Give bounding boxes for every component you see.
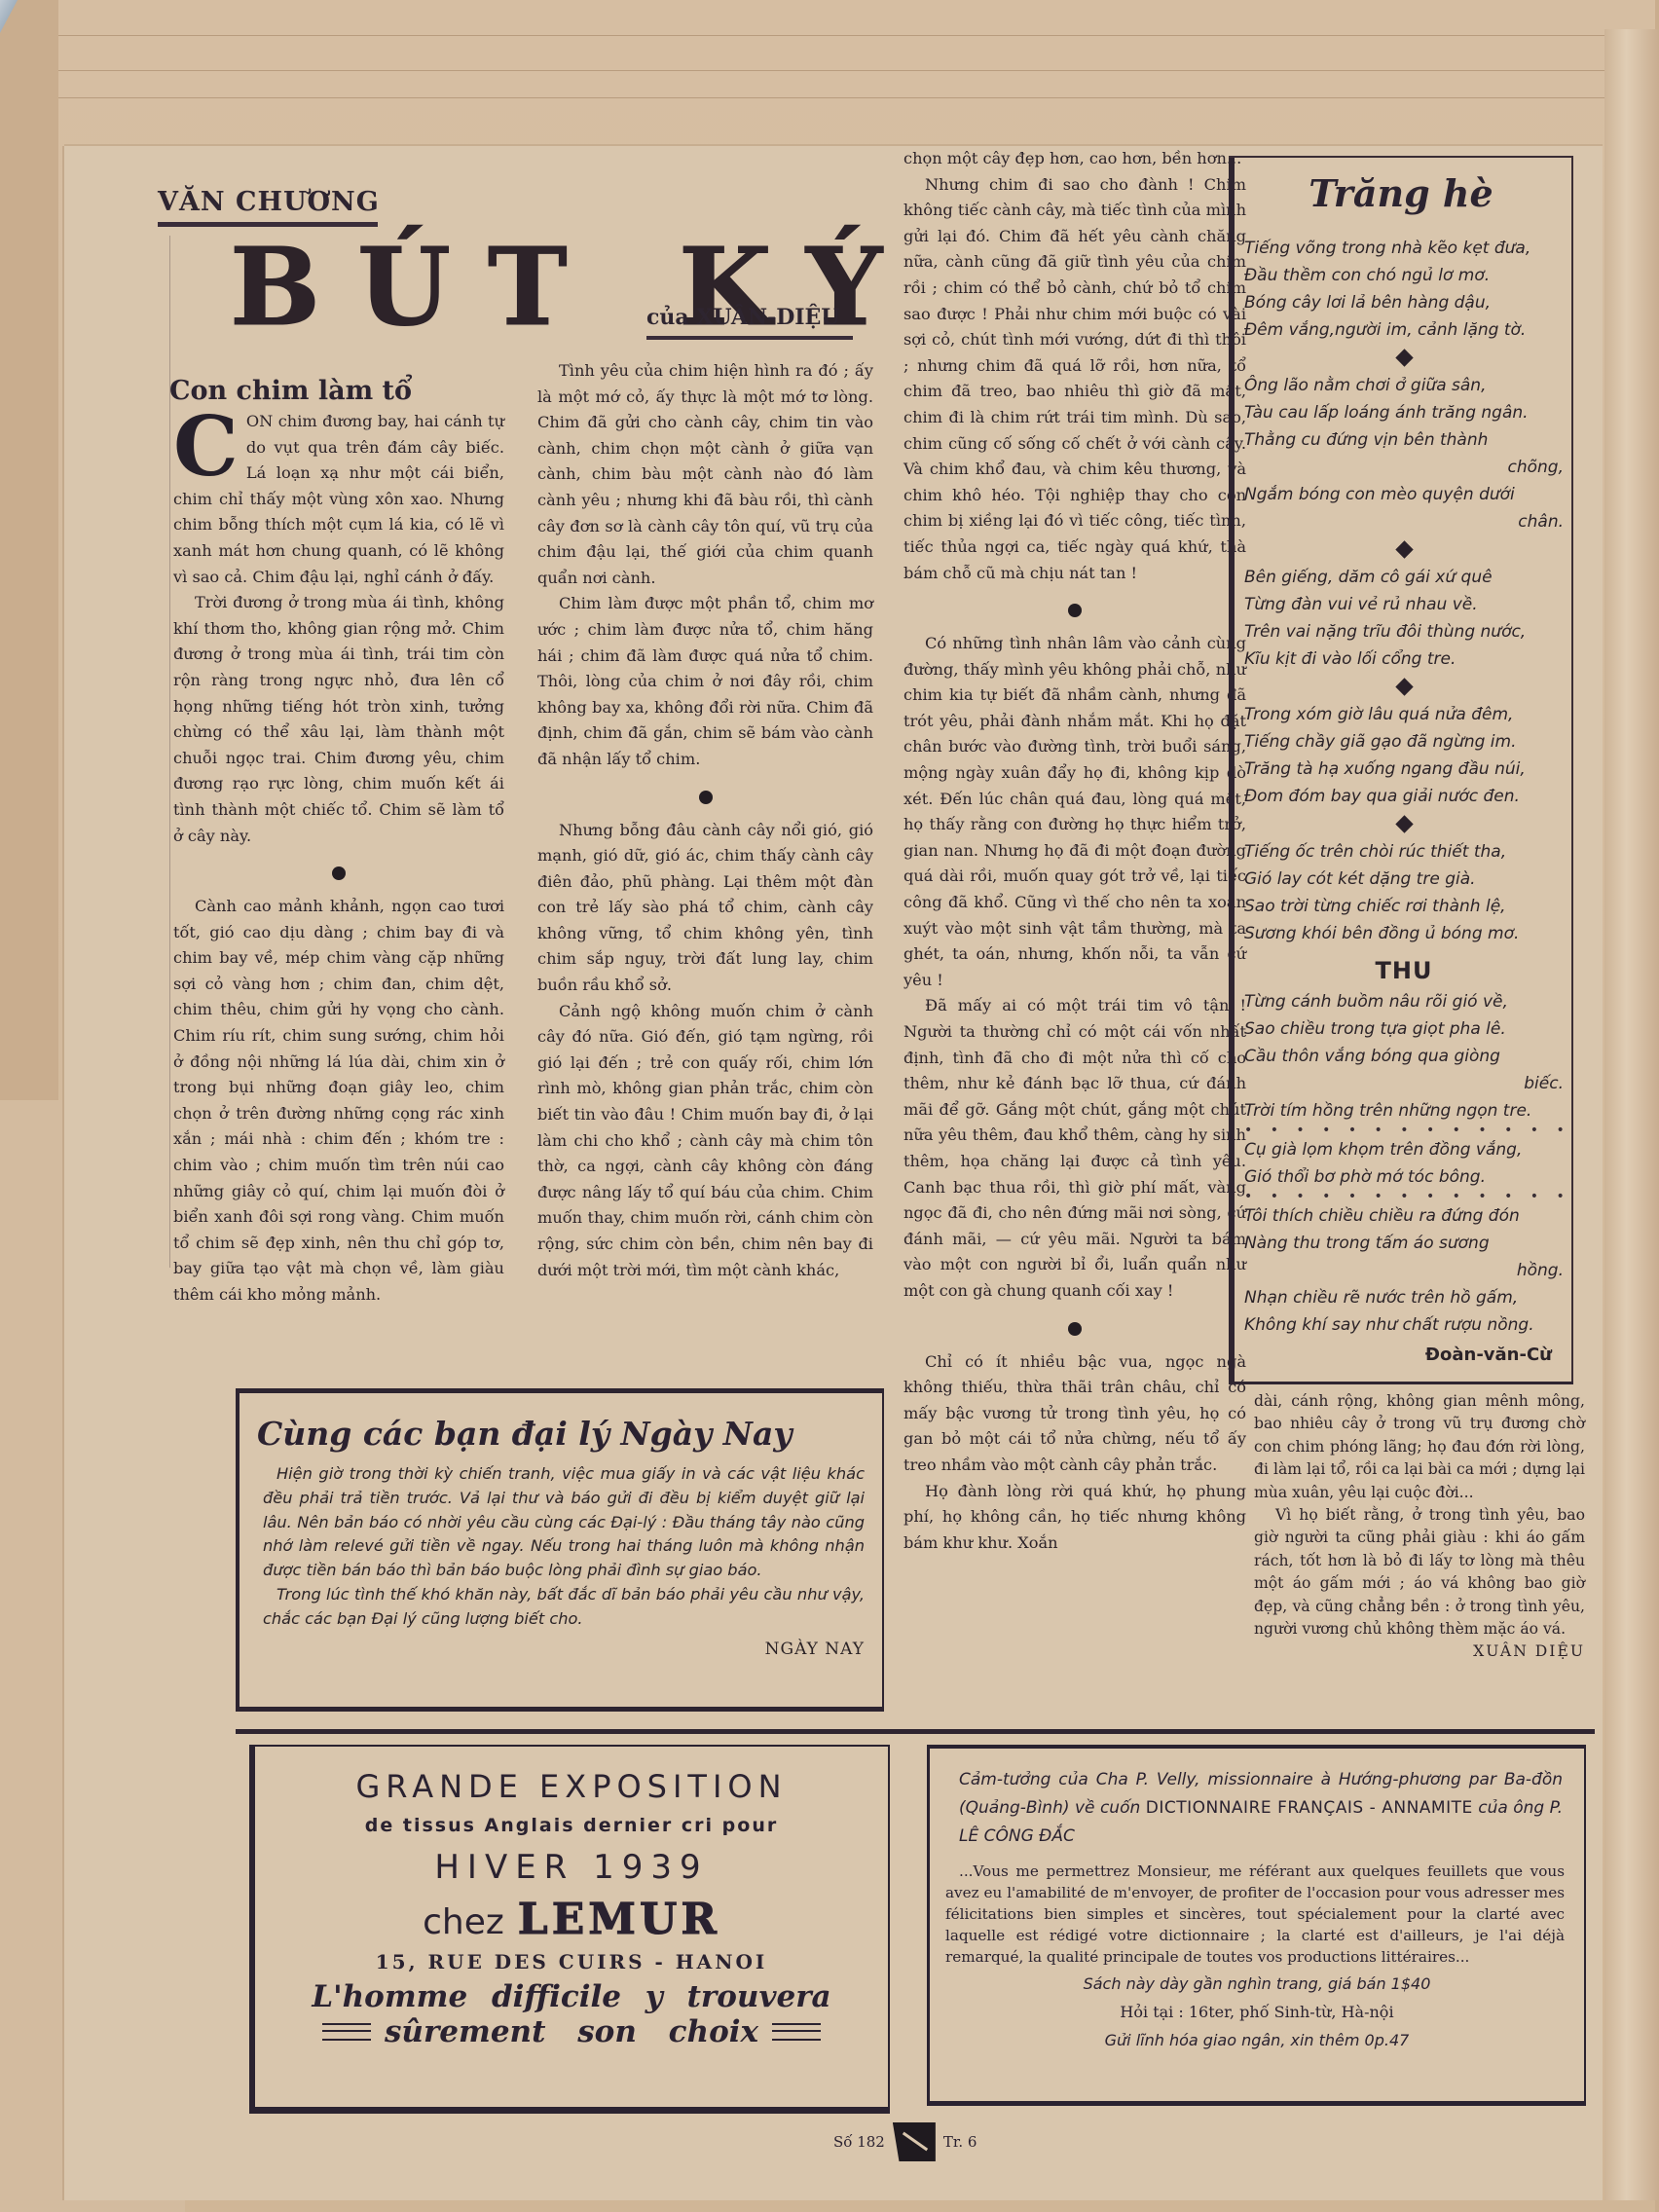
paragraph: Họ đành lòng rời quá khứ, họ phung phí, … (903, 1479, 1246, 1557)
paragraph: chọn một cây đẹp hơn, cao hơn, bền hơn..… (903, 146, 1246, 172)
dotted-separator: • • • • • • • • • • • • • • • • • • (1244, 1124, 1564, 1136)
paragraph: Trời đương ở trong mùa ái tình, không kh… (173, 590, 504, 849)
paragraph: Nhưng chim đi sao cho đành ! Chim không … (903, 172, 1246, 587)
ngay-nay-logo-icon (893, 2122, 936, 2161)
poem-stanza: Tôi thích chiều chiều ra đứng đón Nàng t… (1244, 1202, 1564, 1339)
section-bullet-icon (699, 791, 713, 804)
paragraph: Đã mấy ai có một trái tim vô tận ! Người… (903, 993, 1246, 1304)
page-edge-right (1604, 29, 1659, 2200)
poem-body: Tiếng võng trong nhà kẽo kẹt đưa, Đầu th… (1229, 235, 1573, 1365)
ad-slogan: L'homme difficile y trouvera (255, 1979, 888, 2014)
poem-stanza: Bên giếng, dăm cô gái xứ quê Từng đàn vu… (1244, 564, 1564, 673)
ad-quote: ...Vous me permettrez Monsieur, me référ… (945, 1861, 1565, 1968)
paragraph: CON chim đương bay, hai cánh tự do vụt q… (173, 409, 504, 590)
byline-rule (646, 336, 853, 340)
article-column-4: dài, cánh rộng, không gian mênh mông, ba… (1254, 1390, 1585, 1664)
ad-price: Sách này dày gần nghìn trang, giá bán 1$… (930, 1972, 1584, 1996)
poem-stanza: Trong xóm giờ lâu quá nửa đêm, Tiếng chầ… (1244, 701, 1564, 810)
ad-heading: Cảm-tưởng của Cha P. Velly, missionnaire… (959, 1766, 1563, 1851)
ad-headline: GRANDE EXPOSITION (255, 1768, 888, 1805)
poem-box: Trăng hè Tiếng võng trong nhà kẽo kẹt đư… (1229, 156, 1573, 1384)
issue-number: Số 182 (833, 2133, 885, 2151)
poem-stanza: Tiếng ốc trên chòi rúc thiết tha, Gió la… (1244, 838, 1564, 947)
notice-title: Cùng các bạn đại lý Ngày Nay (257, 1415, 882, 1453)
poem-subtitle: THU (1244, 957, 1564, 984)
article-title: BÚT KÝ (230, 224, 853, 350)
article-column-1: CON chim đương bay, hai cánh tự do vụt q… (173, 409, 504, 1309)
notice-paragraph: Trong lúc tình thế khó khăn này, bất đắc… (263, 1583, 865, 1632)
ad-brand: LEMUR (518, 1895, 720, 1944)
notice-box: Cùng các bạn đại lý Ngày Nay Hiện giờ tr… (236, 1388, 884, 1712)
page-footer: Số 182 Tr. 6 (833, 2122, 977, 2161)
section-bullet-icon (332, 866, 346, 880)
article-signature: XUÂN DIỆU (1254, 1641, 1585, 1663)
dotted-separator: • • • • • • • • • • • • • • • • • • (1244, 1191, 1564, 1202)
newspaper-page: VĂN CHƯƠNG BÚT KÝ của XUÂN-DIỆU Con chim… (64, 146, 1603, 2200)
paragraph: Cảnh ngộ không muốn chim ở cành cây đó n… (537, 999, 873, 1284)
ad-subline: de tissus Anglais dernier cri pour (255, 1815, 888, 1836)
ad-address: Hỏi tại : 16ter, phố Sinh-từ, Hà-nội (930, 2000, 1584, 2024)
diamond-ornament-icon (1395, 349, 1413, 366)
paragraph: Cành cao mảnh khảnh, ngọn cao tươi tốt, … (173, 894, 504, 1309)
section-bullet-icon (1068, 1322, 1082, 1336)
article-column-2: Tình yêu của chim hiện hình ra đó ; ấy l… (537, 358, 873, 1283)
poem-stanza: Từng cánh buồm nâu rõi gió về, Sao chiều… (1244, 988, 1564, 1124)
ad-store: chezLEMUR (255, 1895, 888, 1944)
poem-title: Trăng hè (1229, 171, 1573, 215)
ornament-lines-icon (322, 2023, 371, 2041)
light-glare (0, 0, 21, 216)
article-byline: của XUÂN-DIỆU (646, 305, 840, 330)
poem-stanza: Tiếng võng trong nhà kẽo kẹt đưa, Đầu th… (1244, 235, 1564, 344)
ornament-lines-icon (772, 2023, 821, 2041)
paragraph: Nhưng bỗng đâu cành cây nổi gió, gió mạn… (537, 818, 873, 999)
paragraph: Vì họ biết rằng, ở trong tình yêu, bao g… (1254, 1504, 1585, 1641)
ad-slogan: sûrement son choix (255, 2014, 888, 2049)
diamond-ornament-icon (1395, 815, 1413, 832)
notice-paragraph: Hiện giờ trong thời kỳ chiến tranh, việc… (263, 1462, 865, 1583)
article-column-3: chọn một cây đẹp hơn, cao hơn, bền hơn..… (903, 146, 1246, 1556)
page-number: Tr. 6 (943, 2133, 977, 2151)
diamond-ornament-icon (1395, 678, 1413, 695)
poem-stanza: Ông lão nằm chơi ở giữa sân, Tàu cau lấp… (1244, 372, 1564, 535)
notice-signature: NGÀY NAY (240, 1640, 865, 1659)
advertisement-lemur: GRANDE EXPOSITION de tissus Anglais dern… (249, 1745, 890, 2114)
ad-postage: Gửi lĩnh hóa giao ngân, xin thêm 0p.47 (930, 2028, 1584, 2052)
poem-stanza: Cụ già lọm khọm trên đồng vắng, Gió thổi… (1244, 1136, 1564, 1191)
horizontal-rule (236, 1729, 1595, 1734)
paragraph: dài, cánh rộng, không gian mênh mông, ba… (1254, 1390, 1585, 1504)
paragraph: Chỉ có ít nhiều bậc vua, ngọc ngà không … (903, 1349, 1246, 1479)
advertisement-dictionary: Cảm-tưởng của Cha P. Velly, missionnaire… (927, 1745, 1586, 2106)
section-label: VĂN CHƯƠNG (158, 187, 380, 217)
paragraph: Có những tình nhân lâm vào cảnh cùng đườ… (903, 631, 1246, 993)
paragraph: Tình yêu của chim hiện hình ra đó ; ấy l… (537, 358, 873, 591)
drop-cap: C (173, 413, 239, 481)
poem-author: Đoàn-văn-Cừ (1244, 1345, 1564, 1365)
ad-season: HIVER 1939 (255, 1848, 888, 1887)
ad-address: 15, RUE DES CUIRS - HANOI (255, 1950, 888, 1973)
paragraph: Chim làm được một phần tổ, chim mơ ước ;… (537, 591, 873, 772)
diamond-ornament-icon (1395, 540, 1413, 558)
section-bullet-icon (1068, 604, 1082, 617)
